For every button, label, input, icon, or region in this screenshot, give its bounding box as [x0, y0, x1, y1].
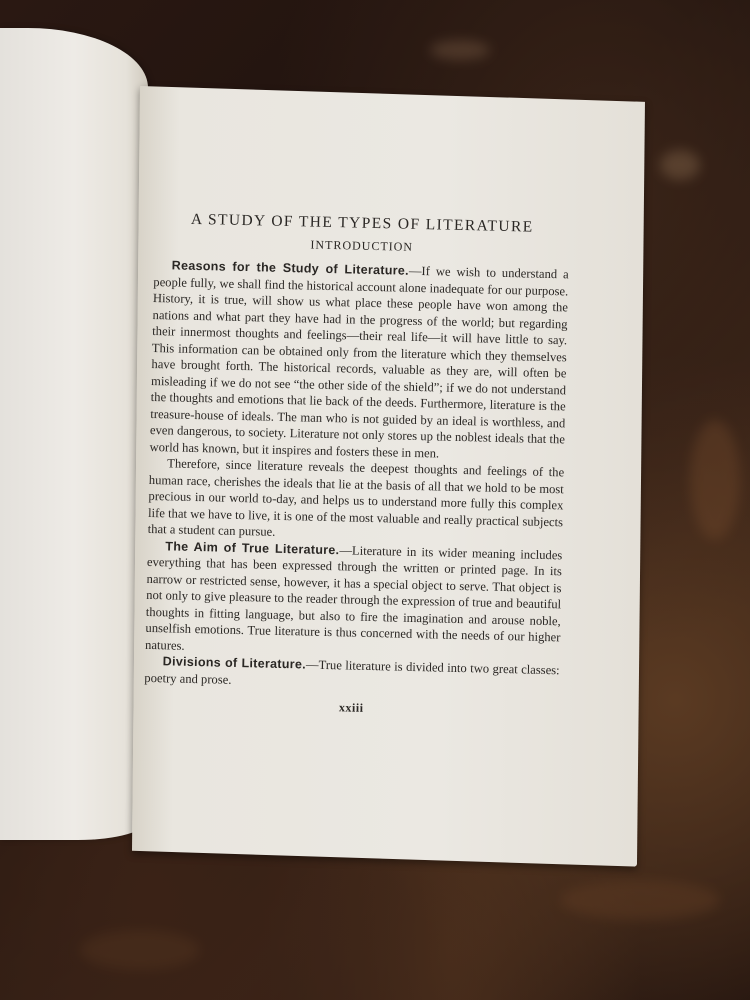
left-page	[0, 28, 148, 840]
wood-grain	[80, 930, 200, 970]
paragraph-heading: Divisions of Literature.	[163, 654, 307, 671]
paragraph-heading: The Aim of True Literature.	[165, 539, 339, 557]
paragraph-text: —Literature in its wider meaning include…	[145, 543, 562, 653]
wood-grain	[660, 150, 700, 180]
wood-grain	[560, 880, 720, 920]
wood-grain	[690, 420, 740, 540]
paragraph-aim: The Aim of True Literature.—Literature i…	[145, 537, 563, 662]
wood-grain	[430, 40, 490, 60]
page-text: A STUDY OF THE TYPES OF LITERATURE INTRO…	[144, 210, 570, 720]
paragraph-text: Therefore, since literature reveals the …	[148, 456, 565, 538]
paragraph-text: —If we wish to understand a people fully…	[149, 264, 568, 460]
paragraph-reasons: Reasons for the Study of Literature.—If …	[149, 257, 568, 464]
paragraph-therefore: Therefore, since literature reveals the …	[148, 455, 565, 547]
section-title: INTRODUCTION	[154, 234, 569, 258]
